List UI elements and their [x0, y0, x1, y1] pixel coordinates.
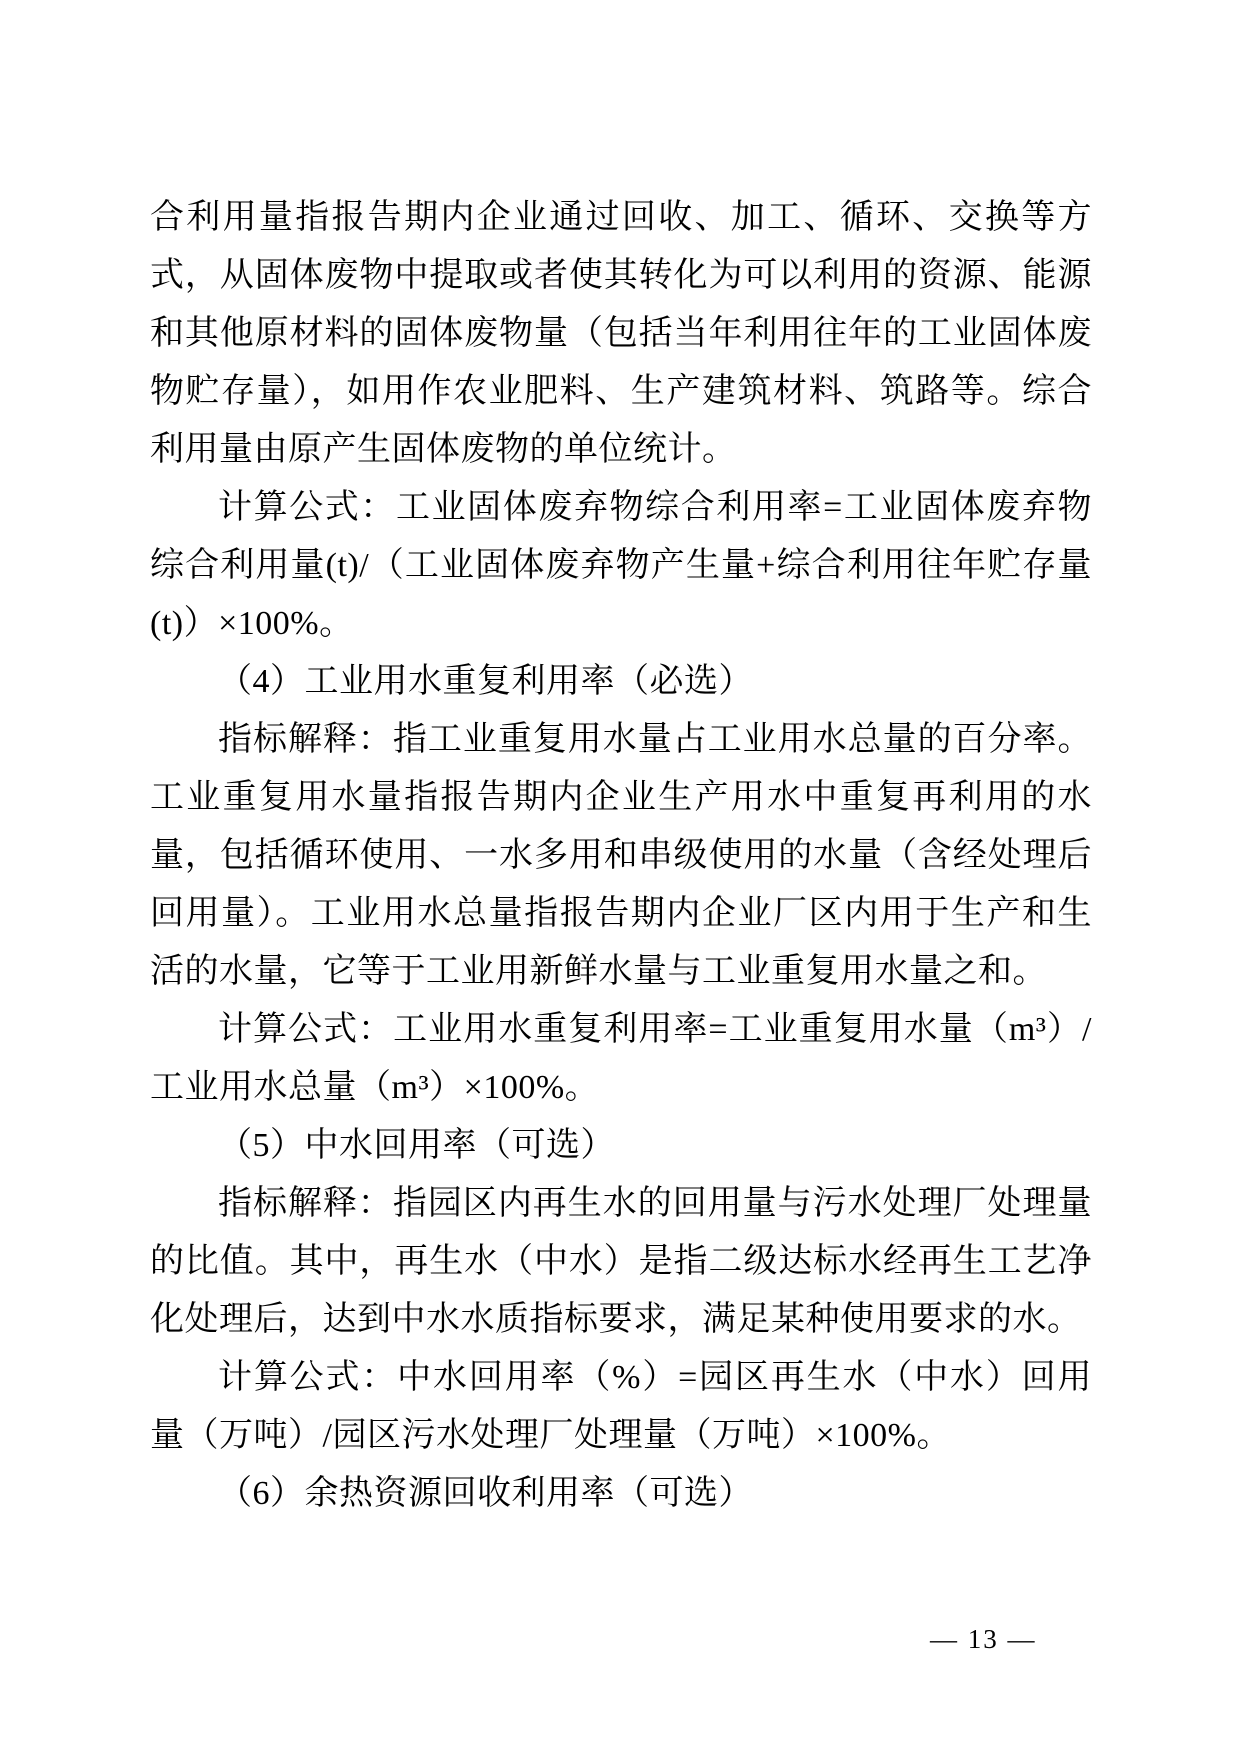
document-page: 合利用量指报告期内企业通过回收、加工、循环、交换等方式，从固体废物中提取或者使其…: [0, 0, 1240, 1753]
page-number: — 13 —: [930, 1622, 1037, 1656]
paragraph-water-reuse-formula: 计算公式：工业用水重复利用率=工业重复用水量（m³）/工业用水总量（m³）×10…: [150, 1001, 1092, 1117]
paragraph-solid-waste-formula: 计算公式：工业固体废弃物综合利用率=工业固体废弃物综合利用量(t)/（工业固体废…: [150, 479, 1092, 653]
paragraph-reclaimed-water-definition: 指标解释：指园区内再生水的回用量与污水处理厂处理量的比值。其中，再生水（中水）是…: [150, 1175, 1092, 1349]
document-body: 合利用量指报告期内企业通过回收、加工、循环、交换等方式，从固体废物中提取或者使其…: [150, 189, 1092, 1523]
heading-item-6-waste-heat-recovery-rate: （6）余热资源回收利用率（可选）: [150, 1465, 1092, 1523]
heading-item-5-reclaimed-water-rate: （5）中水回用率（可选）: [150, 1117, 1092, 1175]
paragraph-comprehensive-utilization-def: 合利用量指报告期内企业通过回收、加工、循环、交换等方式，从固体废物中提取或者使其…: [150, 189, 1092, 479]
heading-item-4-water-reuse-rate: （4）工业用水重复利用率（必选）: [150, 653, 1092, 711]
paragraph-reclaimed-water-formula: 计算公式：中水回用率（%）=园区再生水（中水）回用量（万吨）/园区污水处理厂处理…: [150, 1349, 1092, 1465]
paragraph-water-reuse-definition: 指标解释：指工业重复用水量占工业用水总量的百分率。工业重复用水量指报告期内企业生…: [150, 711, 1092, 1001]
